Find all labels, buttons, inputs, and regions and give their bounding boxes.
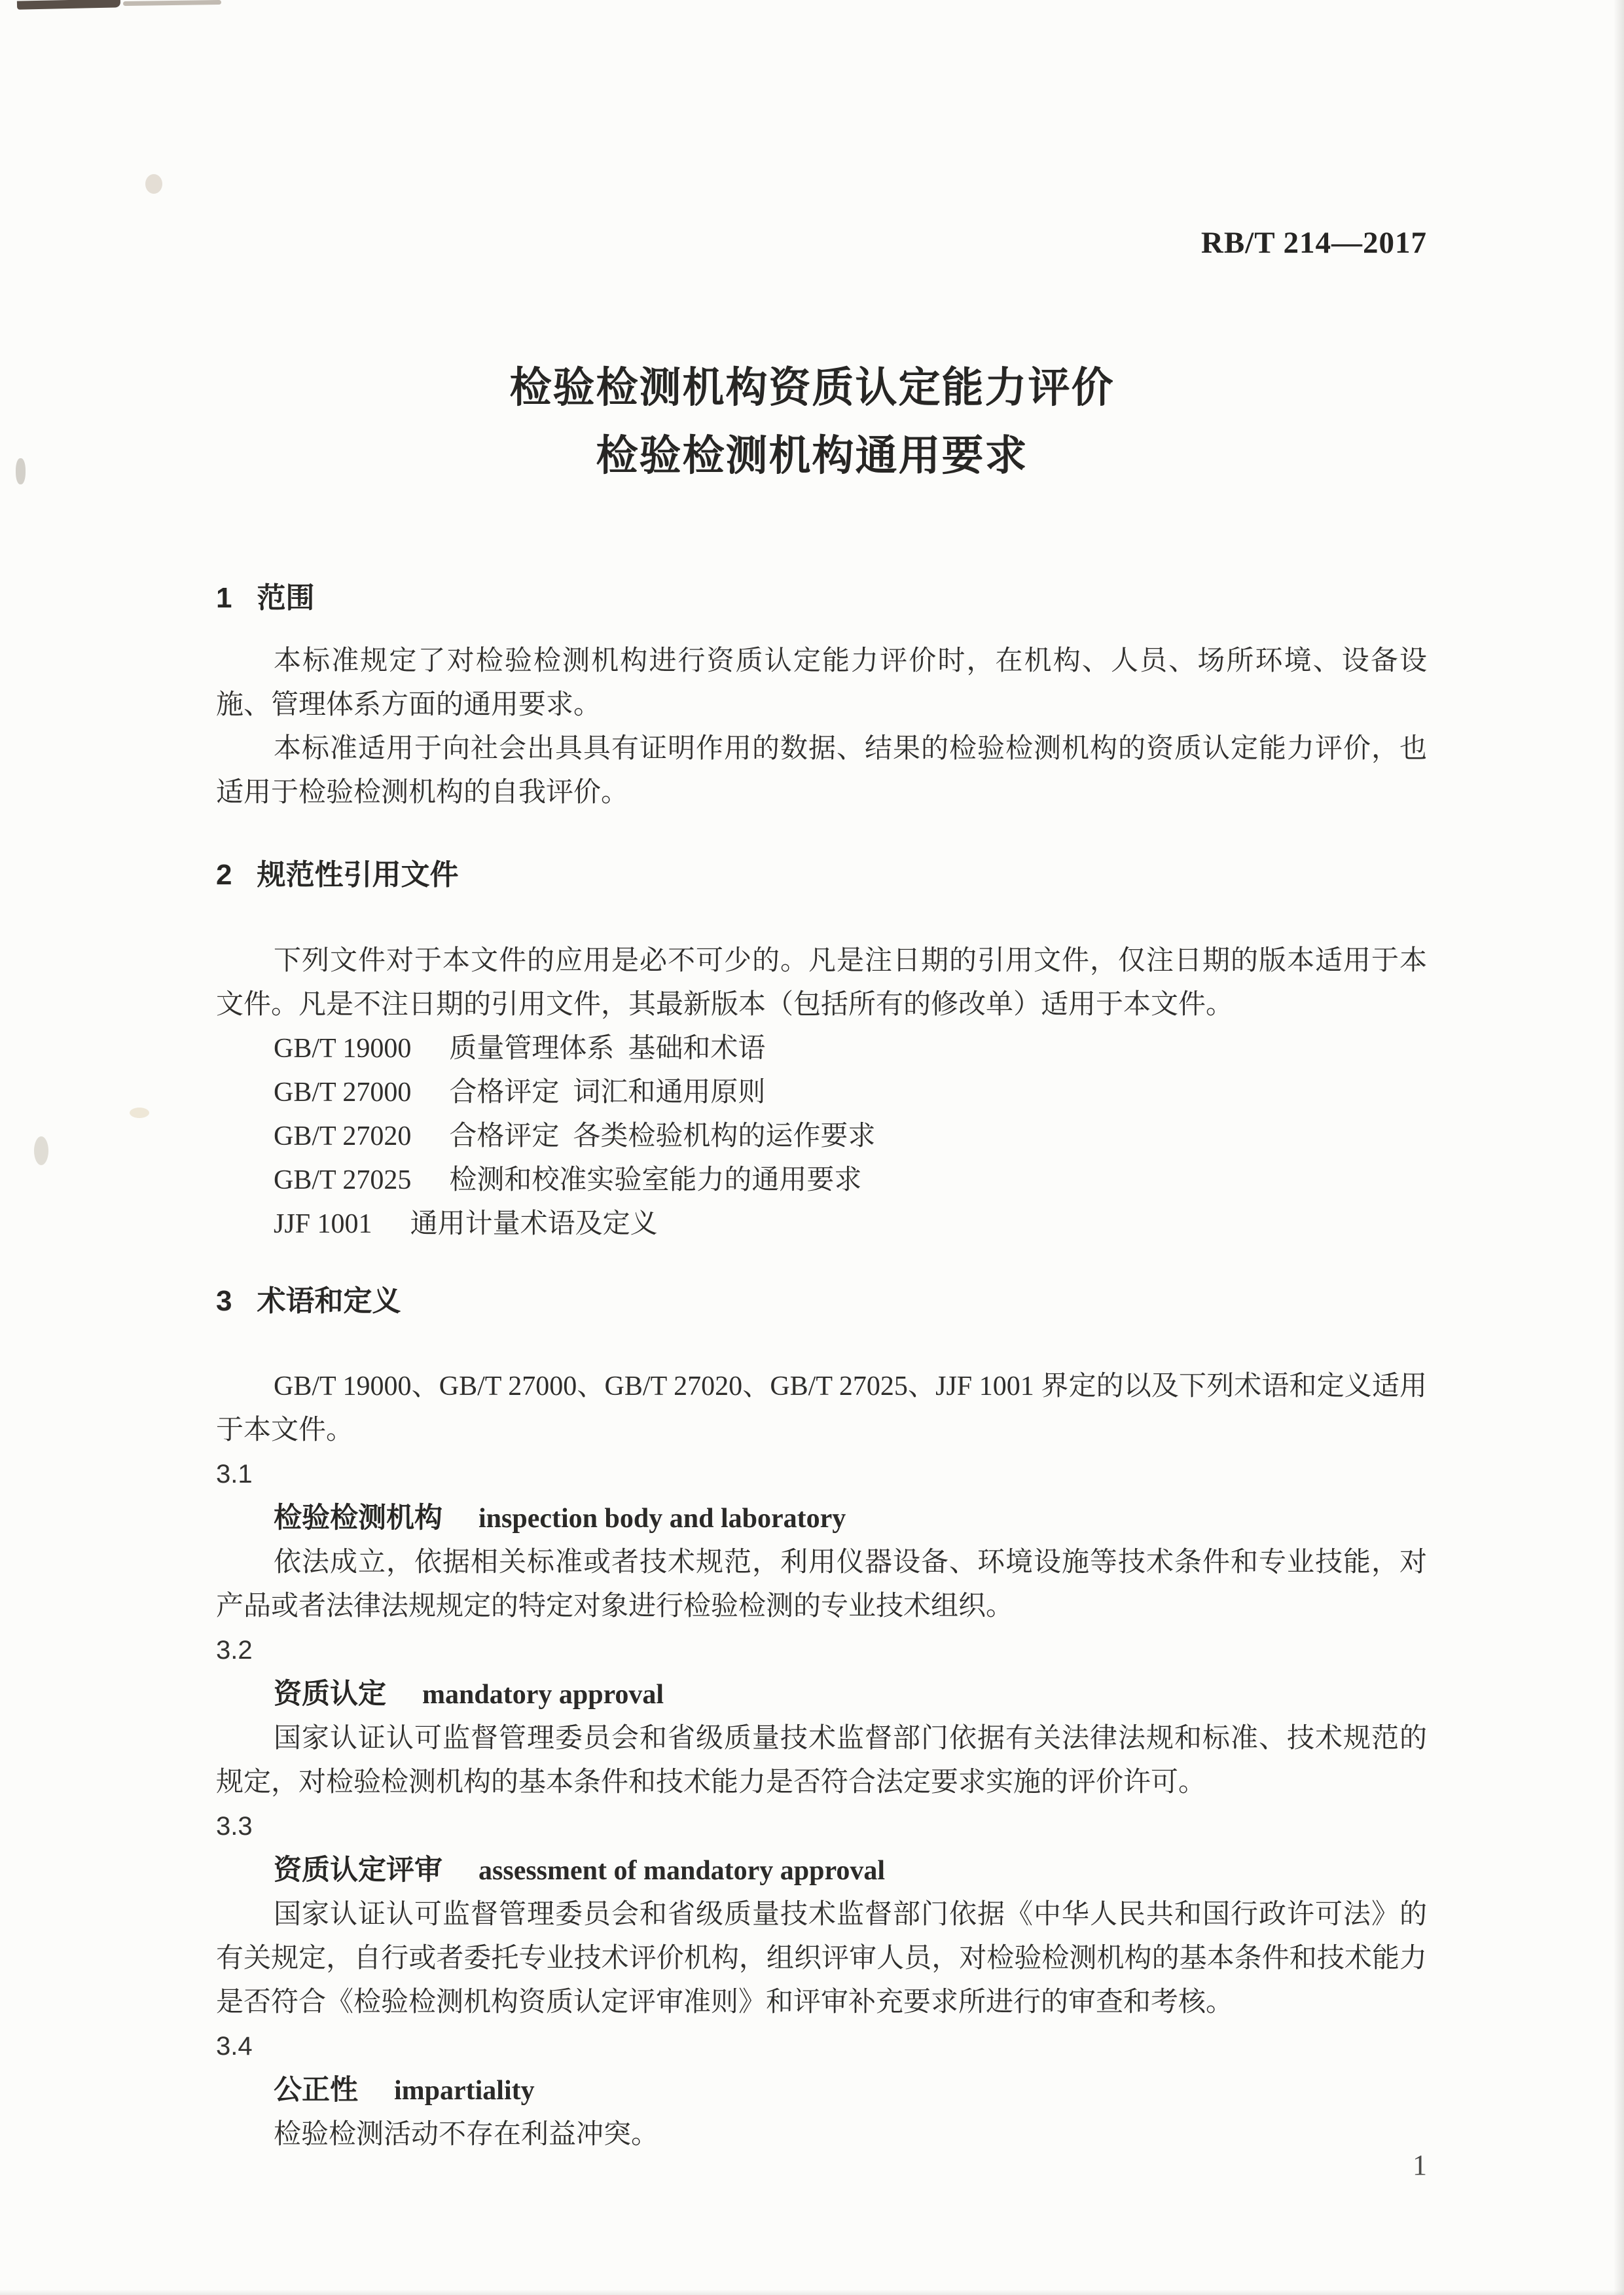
section-3-number: 3 xyxy=(216,1285,232,1317)
term-chinese: 资质认定 xyxy=(274,1678,386,1710)
term-definition: 国家认证认可监督管理委员会和省级质量技术监督部门依据有关法律法规和标准、技术规范… xyxy=(216,1717,1427,1805)
reference-item: GB/T 19000质量管理体系 基础和术语 xyxy=(216,1027,1427,1071)
section-1-number: 1 xyxy=(216,582,232,614)
term-heading: 公正性impartiality xyxy=(216,2069,1427,2113)
scan-artifact-top-streak-2 xyxy=(123,0,221,6)
section-1-paragraph-1: 本标准规定了对检验检测机构进行资质认定能力评价时，在机构、人员、场所环境、设备设… xyxy=(216,640,1427,727)
document-title: 检验检测机构资质认定能力评价 检验检测机构通用要求 xyxy=(0,353,1624,490)
section-1-title: 范围 xyxy=(257,582,314,614)
term-english: impartiality xyxy=(394,2076,535,2106)
section-normative-references: 2规范性引用文件 下列文件对于本文件的应用是必不可少的。凡是注日期的引用文件，仅… xyxy=(216,853,1427,1246)
reference-code: JJF 1001 xyxy=(274,1209,372,1239)
document-body: 1范围 本标准规定了对检验检测机构进行资质认定能力评价时，在机构、人员、场所环境… xyxy=(216,576,1427,2157)
section-terms-definitions: 3术语和定义 GB/T 19000、GB/T 27000、GB/T 27020、… xyxy=(216,1279,1427,2157)
term-definition: 依法成立，依据相关标准或者技术规范，利用仪器设备、环境设施等技术条件和专业技能，… xyxy=(216,1541,1427,1629)
document-title-line2: 检验检测机构通用要求 xyxy=(0,422,1624,490)
scan-artifact-top-streak xyxy=(17,0,120,10)
section-2-paragraph-1: 下列文件对于本文件的应用是必不可少的。凡是注日期的引用文件，仅注日期的版本适用于… xyxy=(216,939,1427,1027)
reference-title: 检测和校准实验室能力的通用要求 xyxy=(449,1165,861,1195)
reference-title: 质量管理体系 基础和术语 xyxy=(449,1034,765,1064)
term-english: mandatory approval xyxy=(422,1680,664,1710)
section-1-paragraph-2: 本标准适用于向社会出具具有证明作用的数据、结果的检验检测机构的资质认定能力评价，… xyxy=(216,727,1427,815)
standard-code: RB/T 214—2017 xyxy=(1201,225,1427,261)
reference-item: GB/T 27020合格评定 各类检验机构的运作要求 xyxy=(216,1115,1427,1159)
scan-artifact-bottom-edge xyxy=(0,2290,1624,2295)
term-clause-number: 3.4 xyxy=(216,2025,1427,2069)
reference-item: GB/T 27000合格评定 词汇和通用原则 xyxy=(216,1071,1427,1115)
term-chinese: 资质认定评审 xyxy=(274,1854,442,1886)
reference-code: GB/T 27000 xyxy=(274,1077,411,1108)
page-number: 1 xyxy=(1413,2148,1427,2182)
reference-item: JJF 1001通用计量术语及定义 xyxy=(216,1202,1427,1246)
section-scope: 1范围 本标准规定了对检验检测机构进行资质认定能力评价时，在机构、人员、场所环境… xyxy=(216,576,1427,815)
section-2-number: 2 xyxy=(216,859,232,891)
document-page: RB/T 214—2017 检验检测机构资质认定能力评价 检验检测机构通用要求 … xyxy=(0,0,1624,2295)
term-clause-number: 3.2 xyxy=(216,1629,1427,1672)
term-heading: 资质认定mandatory approval xyxy=(216,1672,1427,1717)
reference-title: 通用计量术语及定义 xyxy=(410,1209,658,1239)
reference-title: 合格评定 词汇和通用原则 xyxy=(449,1077,765,1108)
section-3-paragraph-1: GB/T 19000、GB/T 27000、GB/T 27020、GB/T 27… xyxy=(216,1365,1427,1453)
term-heading: 资质认定评审assessment of mandatory approval xyxy=(216,1849,1427,1893)
document-title-line1: 检验检测机构资质认定能力评价 xyxy=(0,353,1624,422)
term-definition: 检验检测活动不存在利益冲突。 xyxy=(216,2113,1427,2157)
term-english: assessment of mandatory approval xyxy=(478,1856,885,1886)
section-2-title: 规范性引用文件 xyxy=(257,859,458,891)
section-3-heading: 3术语和定义 xyxy=(216,1279,1427,1323)
reference-code: GB/T 27025 xyxy=(274,1165,411,1195)
term-definition: 国家认证认可监督管理委员会和省级质量技术监督部门依据《中华人民共和国行政许可法》… xyxy=(216,1893,1427,2025)
term-clause-number: 3.3 xyxy=(216,1805,1427,1849)
term-english: inspection body and laboratory xyxy=(478,1504,846,1534)
term-clause-number: 3.1 xyxy=(216,1453,1427,1496)
term-chinese: 公正性 xyxy=(274,2074,358,2106)
reference-item: GB/T 27025检测和校准实验室能力的通用要求 xyxy=(216,1159,1427,1202)
section-2-heading: 2规范性引用文件 xyxy=(216,853,1427,897)
reference-title: 合格评定 各类检验机构的运作要求 xyxy=(449,1121,875,1151)
reference-code: GB/T 19000 xyxy=(274,1034,411,1064)
scan-artifact-dot xyxy=(130,1108,149,1118)
section-1-heading: 1范围 xyxy=(216,576,1427,620)
term-chinese: 检验检测机构 xyxy=(274,1502,442,1534)
reference-code: GB/T 27020 xyxy=(274,1121,411,1151)
scan-artifact-dot xyxy=(34,1136,48,1165)
scan-artifact-dot xyxy=(145,174,162,194)
term-heading: 检验检测机构inspection body and laboratory xyxy=(216,1496,1427,1541)
scan-artifact-right-edge xyxy=(1614,0,1624,2295)
section-3-title: 术语和定义 xyxy=(257,1285,401,1317)
